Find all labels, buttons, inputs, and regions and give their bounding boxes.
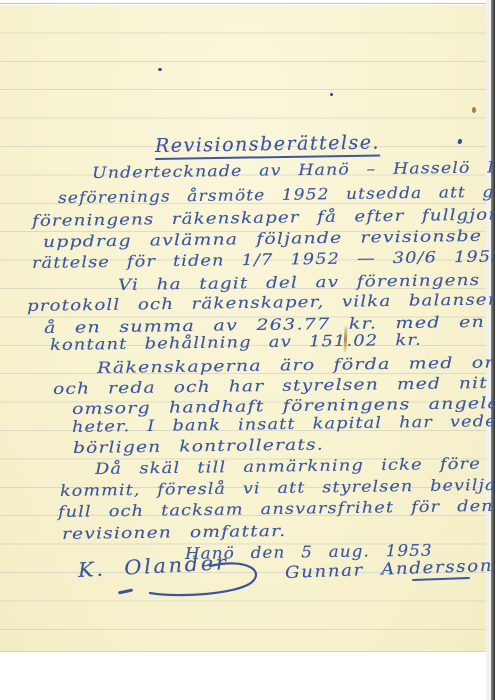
signature-flourish-left	[60, 552, 290, 607]
handwritten-line: revisionen omfattar.	[62, 522, 287, 543]
handwritten-line: börligen kontrollerats.	[73, 435, 324, 457]
scan-top-edge	[0, 3, 495, 4]
scan-edge-shadow	[491, 0, 495, 700]
ink-speck	[330, 93, 333, 96]
document-title: Revisionsberättelse.	[155, 131, 380, 160]
scanned-document: Revisionsberättelse. Undertecknade av Ha…	[0, 0, 495, 700]
rust-spot	[472, 107, 476, 113]
ink-speck	[158, 68, 162, 71]
